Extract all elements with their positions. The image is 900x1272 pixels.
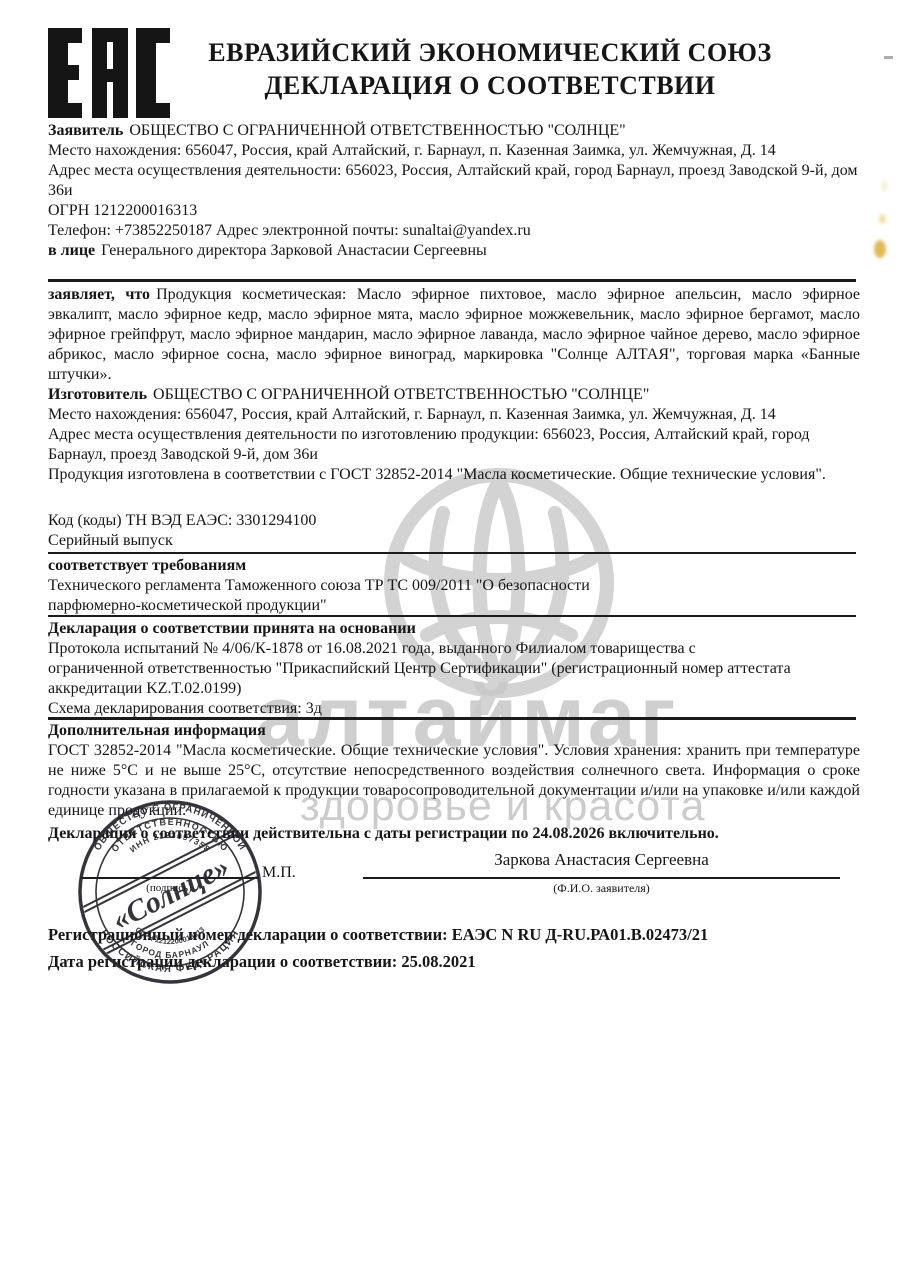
eac-mark-icon xyxy=(48,28,170,118)
basis-label: Декларация о соответствии принята на осн… xyxy=(48,619,860,639)
signatory-name: Заркова Анастасия Сергеевна xyxy=(363,850,840,870)
scheme-line: Схема декларирования соответствия: 3д xyxy=(48,699,860,719)
manufacturer-line: ИзготовительОБЩЕСТВО С ОГРАНИЧЕННОЙ ОТВЕ… xyxy=(48,385,860,405)
gost-compliance-line: Продукция изготовлена в соответствии с Г… xyxy=(48,465,860,485)
basis-text: Протокола испытаний № 4/06/К-1878 от 16.… xyxy=(48,639,793,699)
manufacturer-name: ОБЩЕСТВО С ОГРАНИЧЕННОЙ ОТВЕТСТВЕННОСТЬЮ… xyxy=(153,386,649,403)
divider-line xyxy=(48,717,856,720)
representative-line: в лицеГенерального директора Зарковой Ан… xyxy=(48,241,860,261)
product-paragraph: заявляет, чтоПродукция косметическая: Ма… xyxy=(48,285,860,385)
applicant-location: Место нахождения: 656047, Россия, край А… xyxy=(48,141,860,161)
applicant-activity-address: Адрес места осуществления деятельности: … xyxy=(48,161,860,201)
representative-name: Генерального директора Зарковой Анастаси… xyxy=(101,242,487,259)
declares-label: заявляет, что xyxy=(48,286,150,303)
applicant-ogrn: ОГРН 1212200016313 xyxy=(48,201,860,221)
divider-line xyxy=(48,279,856,282)
manufacturer-activity-address: Адрес места осуществления деятельности п… xyxy=(48,425,860,465)
divider-line xyxy=(48,615,856,617)
signature-line-right xyxy=(363,877,840,879)
round-stamp: ОБЩЕСТВО С ОГРАНИЧЕННОЙ ОТВЕТСТВЕННОСТЬЮ… xyxy=(70,792,270,992)
manufacturer-label: Изготовитель xyxy=(48,386,147,403)
applicant-section: ЗаявительОБЩЕСТВО С ОГРАНИЧЕННОЙ ОТВЕТСТ… xyxy=(48,121,860,261)
signatory-caption: (Ф.И.О. заявителя) xyxy=(363,881,840,896)
additional-info-label: Дополнительная информация xyxy=(48,721,860,741)
applicant-name: ОБЩЕСТВО С ОГРАНИЧЕННОЙ ОТВЕТСТВЕННОСТЬЮ… xyxy=(129,122,625,139)
applicant-contacts: Телефон: +73852250187 Адрес электронной … xyxy=(48,221,860,241)
title-line-declaration: ДЕКЛАРАЦИЯ О СООТВЕТСТВИИ xyxy=(160,69,820,102)
manufacturer-location: Место нахождения: 656047, Россия, край А… xyxy=(48,405,860,425)
release-type-line: Серийный выпуск xyxy=(48,531,860,551)
declaration-document: алтаймаг здоровье и красота xyxy=(0,0,900,1272)
document-title: ЕВРАЗИЙСКИЙ ЭКОНОМИЧЕСКИЙ СОЮЗ ДЕКЛАРАЦИ… xyxy=(160,36,820,102)
applicant-label: Заявитель xyxy=(48,122,123,139)
representative-label: в лице xyxy=(48,242,95,259)
tnved-code-line: Код (коды) ТН ВЭД ЕАЭС: 3301294100 xyxy=(48,511,860,531)
product-text: Продукция косметическая: Масло эфирное п… xyxy=(48,286,860,383)
applicant-line: ЗаявительОБЩЕСТВО С ОГРАНИЧЕННОЙ ОТВЕТСТ… xyxy=(48,121,860,141)
conformity-text: Технического регламента Таможенного союз… xyxy=(48,576,668,616)
conformity-label: соответствует требованиям xyxy=(48,556,860,576)
divider-line xyxy=(48,552,856,554)
title-line-union: ЕВРАЗИЙСКИЙ ЭКОНОМИЧЕСКИЙ СОЮЗ xyxy=(160,36,820,69)
